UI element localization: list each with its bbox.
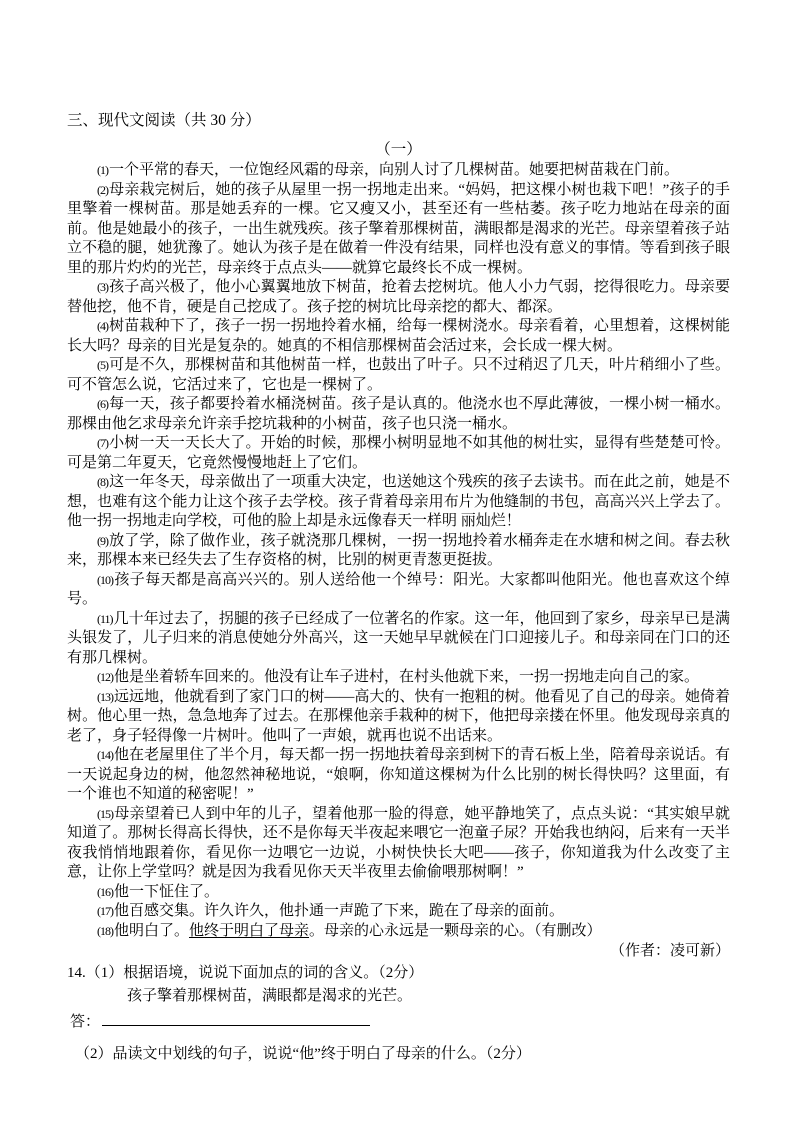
answer-blank-line [102, 1011, 370, 1026]
paragraph-text: 每一天，孩子都要拎着水桶浇树苗。孩子是认真的。他浇水也不厚此薄彼，一棵小树一桶水… [67, 396, 730, 432]
paragraph-number: (17) [97, 904, 113, 918]
paragraph-3: (3)孩子高兴极了，他小心翼翼地放下树苗，抢着去挖树坑。他人小力气弱，挖得很吃力… [67, 278, 730, 317]
paragraph-text: 母亲望着已人到中年的儿子，望着他那一脸的得意，她平静地笑了，点点头说：“其实娘早… [67, 806, 730, 881]
exam-page: 三、现代文阅读（共 30 分） （一） (1)一个平常的春天，一位饱经风霜的母亲… [67, 110, 730, 1065]
paragraph-number: (18) [97, 924, 113, 938]
paragraph-10: (10)孩子每天都是高高兴兴的。别人送给他一个绰号：阳光。大家都叫他阳光。他也喜… [67, 571, 730, 610]
paragraph-15: (15)母亲望着已人到中年的儿子，望着他那一脸的得意，她平静地笑了，点点头说：“… [67, 805, 730, 883]
underlined-sentence: 他终于明白了母亲 [189, 923, 309, 939]
paragraph-text: 。母亲的心永远是一颗母亲的心。（有删改） [309, 923, 602, 939]
author-attribution: （作者：凌可新） [67, 942, 730, 962]
section-title: 三、现代文阅读（共 30 分） [67, 110, 730, 131]
paragraph-number: (11) [97, 612, 113, 626]
paragraph-8: (8)这一年冬天，母亲做出了一项重大决定，也送她这个残疾的孩子去读书。而在此之前… [67, 473, 730, 532]
question-14-part-1: 14.（1）根据语境，说说下面加点的词的含义。（2分） [67, 964, 730, 984]
answer-label: 答： [70, 1014, 100, 1030]
paragraph-1: (1)一个平常的春天，一位饱经风霜的母亲，向别人讨了几棵树苗。她要把树苗栽在门前… [67, 161, 730, 181]
paragraph-9: (9)放了学，除了做作业，孩子就浇那几棵树，一拐一拐地拎着水桶奔走在水塘和树之间… [67, 532, 730, 571]
paragraph-text: 孩子每天都是高高兴兴的。别人送给他一个绰号：阳光。大家都叫他阳光。他也喜欢这个绰… [67, 572, 730, 608]
paragraph-2: (2)母亲栽完树后，她的孩子从屋里一拐一拐地走出来。“妈妈，把这棵小树也栽下吧！… [67, 181, 730, 279]
paragraph-5: (5)可是不久，那棵树苗和其他树苗一样，也鼓出了叶子。只不过稍迟了几天，叶片稍细… [67, 356, 730, 395]
paragraph-number: (15) [97, 807, 113, 821]
paragraph-12: (12)他是坐着轿车回来的。他没有让车子进村，在村头他就下来，一拐一拐地走向自己… [67, 668, 730, 688]
paragraph-number: (10) [97, 573, 113, 587]
paragraph-number: (14) [97, 748, 113, 762]
paragraph-text: 他是坐着轿车回来的。他没有让车子进村，在村头他就下来，一拐一拐地走向自己的家。 [114, 669, 699, 685]
paragraph-text: 几十年过去了，拐腿的孩子已经成了一位著名的作家。这一年，他回到了家乡，母亲早已是… [67, 611, 730, 666]
paragraph-number: (2) [97, 183, 108, 197]
paragraph-number: (8) [97, 475, 108, 489]
question-number: 14. [67, 965, 86, 981]
paragraph-4: (4)树苗栽种下了，孩子一拐一拐地拎着水桶，给每一棵树浇水。母亲看着，心里想着，… [67, 317, 730, 356]
paragraph-text: 他在老屋里住了半个月，每天都一拐一拐地扶着母亲到树下的青石板上坐，陪着母亲说话。… [67, 747, 730, 802]
paragraph-14: (14)他在老屋里住了半个月，每天都一拐一拐地扶着母亲到树下的青石板上坐，陪着母… [67, 746, 730, 805]
question-text: （1）根据语境，说说下面加点的词的含义。（2分） [86, 965, 424, 981]
paragraph-number: (13) [97, 690, 113, 704]
paragraph-text: 他一下怔住了。 [114, 884, 219, 900]
paragraph-number: (5) [97, 358, 108, 372]
paragraph-text: 远远地，他就看到了家门口的树——高大的、快有一抱粗的树。他看见了自己的母亲。她倚… [67, 689, 730, 744]
paragraph-6: (6)每一天，孩子都要拎着水桶浇树苗。孩子是认真的。他浇水也不厚此薄彼，一棵小树… [67, 395, 730, 434]
paragraph-number: (9) [97, 534, 108, 548]
paragraph-7: (7)小树一天一天长大了。开始的时候，那棵小树明显地不如其他的树壮实，显得有些楚… [67, 434, 730, 473]
paragraph-text: 他百感交集。许久许久，他扑通一声跪了下来，跪在了母亲的面前。 [114, 903, 564, 919]
paragraph-number: (4) [97, 319, 108, 333]
paragraph-text: 放了学，除了做作业，孩子就浇那几棵树，一拐一拐地拎着水桶奔走在水塘和树之间。春去… [67, 533, 730, 569]
question-quote-sentence: 孩子擎着那棵树苗，满眼都是渴求的光芒。 [127, 987, 730, 1007]
reading-passage: (1)一个平常的春天，一位饱经风霜的母亲，向别人讨了几棵树苗。她要把树苗栽在门前… [67, 161, 730, 941]
paragraph-number: (7) [97, 436, 108, 450]
paragraph-text: 可是不久，那棵树苗和其他树苗一样，也鼓出了叶子。只不过稍迟了几天，叶片稍细小了些… [67, 357, 730, 393]
paragraph-text: 孩子高兴极了，他小心翼翼地放下树苗，抢着去挖树坑。他人小力气弱，挖得很吃力。母亲… [67, 279, 730, 315]
answer-line: 答： [70, 1011, 730, 1033]
paragraph-number: (6) [97, 397, 108, 411]
paragraph-text: 他明白了。 [114, 923, 189, 939]
paragraph-number: (16) [97, 885, 113, 899]
paragraph-17: (17)他百感交集。许久许久，他扑通一声跪了下来，跪在了母亲的面前。 [67, 902, 730, 922]
paragraph-number: (3) [97, 280, 108, 294]
paragraph-number: (12) [97, 670, 113, 684]
question-14-part-2: （2）品读文中划线的句子，说说“他”终于明白了母亲的什么。（2分） [75, 1045, 730, 1065]
paragraph-text: 树苗栽种下了，孩子一拐一拐地拎着水桶，给每一棵树浇水。母亲看着，心里想着，这棵树… [67, 318, 730, 354]
part-title: （一） [67, 140, 730, 160]
paragraph-text: 小树一天一天长大了。开始的时候，那棵小树明显地不如其他的树壮实，显得有些楚楚可怜… [67, 435, 730, 471]
paragraph-number: (1) [97, 163, 108, 177]
paragraph-13: (13)远远地，他就看到了家门口的树——高大的、快有一抱粗的树。他看见了自己的母… [67, 688, 730, 747]
paragraph-text: 这一年冬天，母亲做出了一项重大决定，也送她这个残疾的孩子去读书。而在此之前，她是… [67, 474, 730, 529]
paragraph-18: (18)他明白了。他终于明白了母亲。母亲的心永远是一颗母亲的心。（有删改） [67, 922, 730, 942]
paragraph-text: 母亲栽完树后，她的孩子从屋里一拐一拐地走出来。“妈妈，把这棵小树也栽下吧！”孩子… [67, 182, 730, 276]
paragraph-11: (11)几十年过去了，拐腿的孩子已经成了一位著名的作家。这一年，他回到了家乡，母… [67, 610, 730, 669]
paragraph-16: (16)他一下怔住了。 [67, 883, 730, 903]
paragraph-text: 一个平常的春天，一位饱经风霜的母亲，向别人讨了几棵树苗。她要把树苗栽在门前。 [109, 162, 679, 178]
